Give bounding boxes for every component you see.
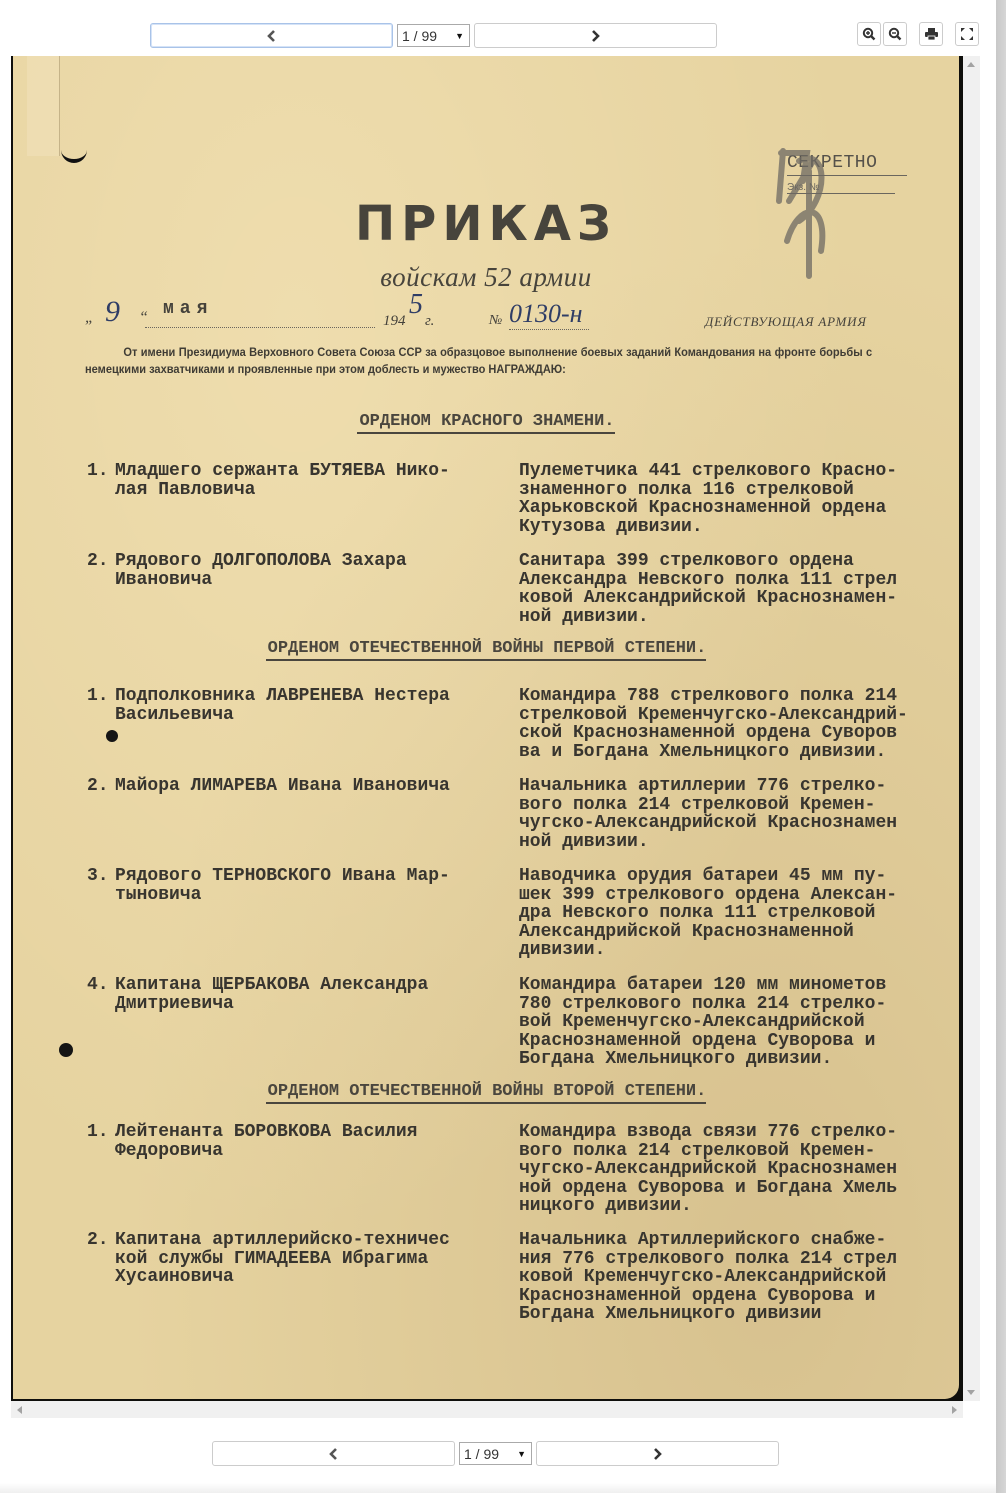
zoom-in-button[interactable] bbox=[857, 22, 881, 46]
preamble-text: От имени Президиума Верховного Совета Со… bbox=[85, 345, 872, 379]
window-edge bbox=[996, 0, 1006, 1493]
next-page-button[interactable] bbox=[536, 1441, 779, 1466]
scroll-left-icon[interactable] bbox=[17, 1406, 22, 1414]
document-subtitle: войскам 52 армии bbox=[13, 262, 959, 293]
vertical-scrollbar[interactable] bbox=[963, 56, 980, 1401]
page-select[interactable]: 1 / 99 ▼ bbox=[397, 24, 470, 47]
date-year-unit: г. bbox=[425, 313, 434, 330]
date-open-quote: „ bbox=[85, 309, 94, 327]
page-select-value: 1 / 99 bbox=[464, 1446, 499, 1462]
prev-page-button[interactable] bbox=[212, 1441, 455, 1466]
entry-number: 2. bbox=[87, 552, 113, 571]
entry-recipient: Рядового ДОЛГОПОЛОВА Захара Ивановича bbox=[115, 552, 509, 589]
entry-position: Командира 788 стрелкового полка 214 стре… bbox=[519, 687, 963, 761]
date-underline bbox=[145, 327, 375, 328]
order-number-label: № bbox=[489, 313, 502, 329]
viewer-toolbar bbox=[857, 22, 979, 46]
entry-recipient: Подполковника ЛАВРЕНЕВА Нестера Васильев… bbox=[115, 687, 509, 724]
date-year-prefix: 194 bbox=[383, 313, 406, 330]
paper-damage-mark bbox=[59, 1043, 73, 1057]
document-viewport[interactable]: СЕКРЕТНО Экз. № ПРИКАЗ войскам 52 армии … bbox=[11, 56, 963, 1401]
entry-position: Пулеметчика 441 стрелкового Красно- знам… bbox=[519, 462, 963, 536]
entry-number: 2. bbox=[87, 777, 113, 796]
prev-page-button[interactable] bbox=[150, 23, 393, 48]
entry-position: Командира взвода связи 776 стрелко- вого… bbox=[519, 1123, 963, 1216]
entry-recipient: Майора ЛИМАРЕВА Ивана Ивановича bbox=[115, 777, 509, 796]
entry-number: 1. bbox=[87, 462, 113, 481]
horizontal-scrollbar[interactable] bbox=[11, 1401, 963, 1418]
zoom-in-icon bbox=[862, 27, 876, 41]
dropdown-caret-icon: ▼ bbox=[517, 1449, 526, 1459]
entry-number: 4. bbox=[87, 976, 113, 995]
zoom-out-icon bbox=[888, 27, 902, 41]
chevron-right-icon bbox=[591, 30, 600, 42]
scroll-right-icon[interactable] bbox=[952, 1406, 957, 1414]
chevron-right-icon bbox=[653, 1448, 662, 1460]
section-heading: ОРДЕНОМ КРАСНОГО ЗНАМЕНИ. bbox=[13, 412, 959, 431]
location-label: ДЕЙСТВУЮЩАЯ АРМИЯ bbox=[705, 314, 867, 330]
date-year-suffix: 5 bbox=[409, 289, 423, 321]
entry-position: Наводчика орудия батареи 45 мм пу- шек 3… bbox=[519, 867, 963, 960]
bottom-pagination: 1 / 99 ▼ bbox=[212, 1441, 779, 1466]
entry-position: Командира батареи 120 мм минометов 780 с… bbox=[519, 976, 963, 1069]
print-button[interactable] bbox=[919, 22, 943, 46]
paper-damage-mark bbox=[106, 730, 118, 742]
entry-position: Начальника артиллерии 776 стрелко- вого … bbox=[519, 777, 963, 851]
section-heading-text: ОРДЕНОМ ОТЕЧЕСТВЕННОЙ ВОЙНЫ ПЕРВОЙ СТЕПЕ… bbox=[266, 639, 707, 661]
page-bottom-fade bbox=[0, 1483, 996, 1493]
paper-tear-mark bbox=[61, 149, 87, 163]
section-heading: ОРДЕНОМ ОТЕЧЕСТВЕННОЙ ВОЙНЫ ПЕРВОЙ СТЕПЕ… bbox=[13, 639, 959, 658]
entry-recipient: Капитана ЩЕРБАКОВА Александра Дмитриевич… bbox=[115, 976, 509, 1013]
date-day: 9 bbox=[105, 295, 120, 329]
date-month: мая bbox=[163, 299, 213, 319]
entry-number: 2. bbox=[87, 1231, 113, 1250]
date-line: „ 9 “ мая 194 5 г. № 0130-н ДЕЙСТВУЮЩАЯ … bbox=[85, 301, 915, 331]
entry-number: 3. bbox=[87, 867, 113, 886]
section-heading-text: ОРДЕНОМ КРАСНОГО ЗНАМЕНИ. bbox=[357, 412, 614, 434]
paper-tab-strip bbox=[27, 56, 60, 156]
entry-number: 1. bbox=[87, 687, 113, 706]
fullscreen-icon bbox=[960, 27, 974, 41]
order-number: 0130-н bbox=[509, 299, 589, 330]
chevron-left-icon bbox=[267, 30, 276, 42]
print-icon bbox=[924, 27, 939, 41]
entry-position: Начальника Артиллерийского снабже- ния 7… bbox=[519, 1231, 963, 1324]
entry-number: 1. bbox=[87, 1123, 113, 1142]
section-heading: ОРДЕНОМ ОТЕЧЕСТВЕННОЙ ВОЙНЫ ВТОРОЙ СТЕПЕ… bbox=[13, 1082, 959, 1101]
date-close-quote: “ bbox=[139, 309, 148, 327]
next-page-button[interactable] bbox=[474, 23, 717, 48]
document-title: ПРИКАЗ bbox=[13, 196, 959, 252]
entry-recipient: Капитана артиллерийско-техничес кой служ… bbox=[115, 1231, 509, 1287]
top-pagination: 1 / 99 ▼ bbox=[150, 23, 717, 48]
document-page: СЕКРЕТНО Экз. № ПРИКАЗ войскам 52 армии … bbox=[13, 56, 959, 1399]
entry-recipient: Младшего сержанта БУТЯЕВА Нико- лая Павл… bbox=[115, 462, 509, 499]
scroll-down-icon[interactable] bbox=[967, 1390, 975, 1395]
entry-recipient: Рядового ТЕРНОВСКОГО Ивана Мар- тыновича bbox=[115, 867, 509, 904]
page-select-value: 1 / 99 bbox=[402, 28, 437, 44]
page-select[interactable]: 1 / 99 ▼ bbox=[459, 1442, 532, 1465]
dropdown-caret-icon: ▼ bbox=[455, 31, 464, 41]
scroll-up-icon[interactable] bbox=[967, 62, 975, 67]
zoom-out-button[interactable] bbox=[883, 22, 907, 46]
section-heading-text: ОРДЕНОМ ОТЕЧЕСТВЕННОЙ ВОЙНЫ ВТОРОЙ СТЕПЕ… bbox=[266, 1082, 707, 1104]
fullscreen-button[interactable] bbox=[955, 22, 979, 46]
chevron-left-icon bbox=[329, 1448, 338, 1460]
entry-recipient: Лейтенанта БОРОВКОВА Василия Федоровича bbox=[115, 1123, 509, 1160]
entry-position: Санитара 399 стрелкового ордена Александ… bbox=[519, 552, 963, 626]
